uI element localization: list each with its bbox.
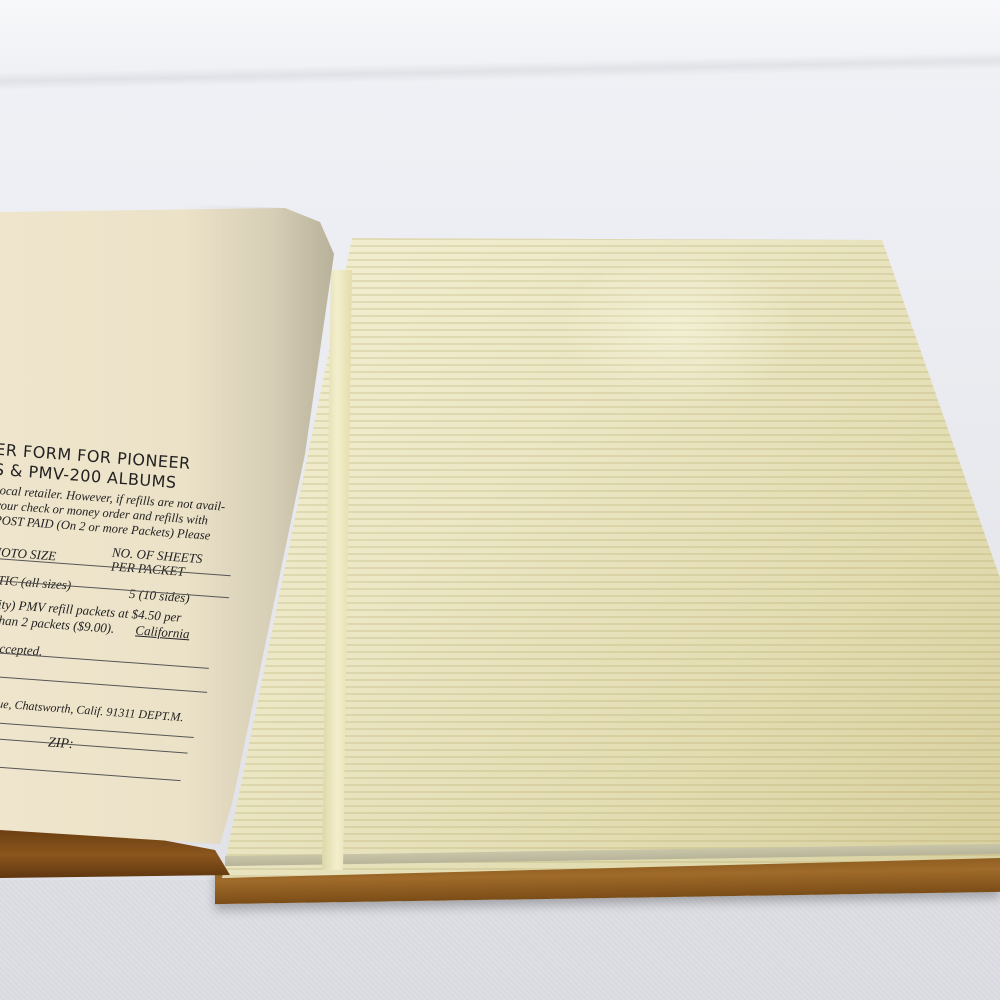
sheets-value: 5 (10 sides) [128,586,190,606]
california-note: California [135,622,190,641]
form-rule [0,765,181,781]
order-form: ER FORM FOR PIONEER S & PMV-200 ALBUMS l… [0,440,259,798]
zip-label: ZIP: [47,735,238,765]
page-highlight [560,250,800,410]
address-line: venue, Chatsworth, Calif. 91311 DEPT.M. [0,695,241,729]
